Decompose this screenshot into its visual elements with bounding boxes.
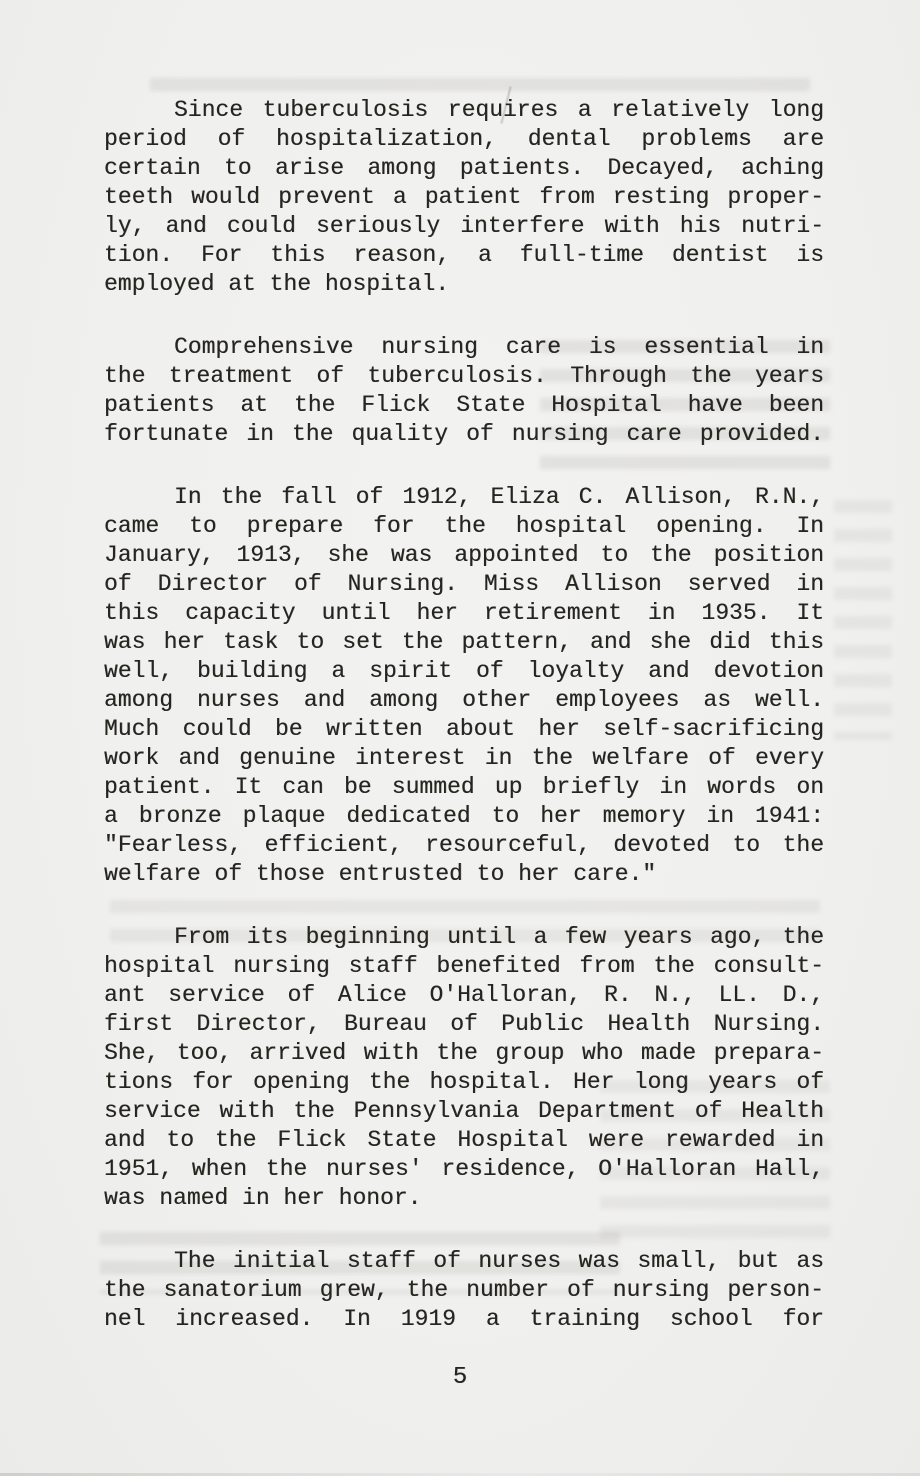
text-line: period of hospitalization, dental proble… bbox=[104, 125, 824, 154]
page-content: Since tuberculosis requires a relatively… bbox=[104, 96, 824, 1368]
text-line: January, 1913, she was appointed to the … bbox=[104, 541, 824, 570]
text-line: ly, and could seriously interfere with h… bbox=[104, 212, 824, 241]
text-line: hospital nursing staff benefited from th… bbox=[104, 952, 824, 981]
text-line: nel increased. In 1919 a training school… bbox=[104, 1305, 824, 1334]
text-line: came to prepare for the hospital opening… bbox=[104, 512, 824, 541]
text-line: and to the Flick State Hospital were rew… bbox=[104, 1126, 824, 1155]
text-line: patient. It can be summed up briefly in … bbox=[104, 773, 824, 802]
text-line: ant service of Alice O'Halloran, R. N., … bbox=[104, 981, 824, 1010]
paragraph: In the fall of 1912, Eliza C. Allison, R… bbox=[104, 483, 824, 889]
text-line: was named in her honor. bbox=[104, 1184, 824, 1213]
text-line: was her task to set the pattern, and she… bbox=[104, 628, 824, 657]
page-number: 5 bbox=[0, 1364, 920, 1391]
text-line: The initial staff of nurses was small, b… bbox=[104, 1247, 824, 1276]
text-line: fortunate in the quality of nursing care… bbox=[104, 420, 824, 449]
text-line: Since tuberculosis requires a relatively… bbox=[104, 96, 824, 125]
text-line: 1951, when the nurses' residence, O'Hall… bbox=[104, 1155, 824, 1184]
text-line: In the fall of 1912, Eliza C. Allison, R… bbox=[104, 483, 824, 512]
text-line: among nurses and among other employees a… bbox=[104, 686, 824, 715]
paragraph: Since tuberculosis requires a relatively… bbox=[104, 96, 824, 299]
bleedthrough-texture bbox=[834, 500, 892, 740]
text-line: well, building a spirit of loyalty and d… bbox=[104, 657, 824, 686]
text-line: first Director, Bureau of Public Health … bbox=[104, 1010, 824, 1039]
text-line: teeth would prevent a patient from resti… bbox=[104, 183, 824, 212]
text-line: Much could be written about her self-sac… bbox=[104, 715, 824, 744]
paragraph: Comprehensive nursing care is essential … bbox=[104, 333, 824, 449]
text-line: She, too, arrived with the group who mad… bbox=[104, 1039, 824, 1068]
text-line: service with the Pennsylvania Department… bbox=[104, 1097, 824, 1126]
text-line: this capacity until her retirement in 19… bbox=[104, 599, 824, 628]
paragraph: From its beginning until a few years ago… bbox=[104, 923, 824, 1213]
text-line: "Fearless, efficient, resourceful, devot… bbox=[104, 831, 824, 860]
text-line: Comprehensive nursing care is essential … bbox=[104, 333, 824, 362]
text-line: tions for opening the hospital. Her long… bbox=[104, 1068, 824, 1097]
text-line: of Director of Nursing. Miss Allison ser… bbox=[104, 570, 824, 599]
document-page: Since tuberculosis requires a relatively… bbox=[0, 0, 920, 1476]
text-line: certain to arise among patients. Decayed… bbox=[104, 154, 824, 183]
text-line: employed at the hospital. bbox=[104, 270, 824, 299]
text-line: the sanatorium grew, the number of nursi… bbox=[104, 1276, 824, 1305]
text-line: From its beginning until a few years ago… bbox=[104, 923, 824, 952]
text-line: patients at the Flick State Hospital hav… bbox=[104, 391, 824, 420]
text-line: a bronze plaque dedicated to her memory … bbox=[104, 802, 824, 831]
text-line: work and genuine interest in the welfare… bbox=[104, 744, 824, 773]
paragraph: The initial staff of nurses was small, b… bbox=[104, 1247, 824, 1334]
text-line: welfare of those entrusted to her care." bbox=[104, 860, 824, 889]
text-line: tion. For this reason, a full-time denti… bbox=[104, 241, 824, 270]
text-line: the treatment of tuberculosis. Through t… bbox=[104, 362, 824, 391]
